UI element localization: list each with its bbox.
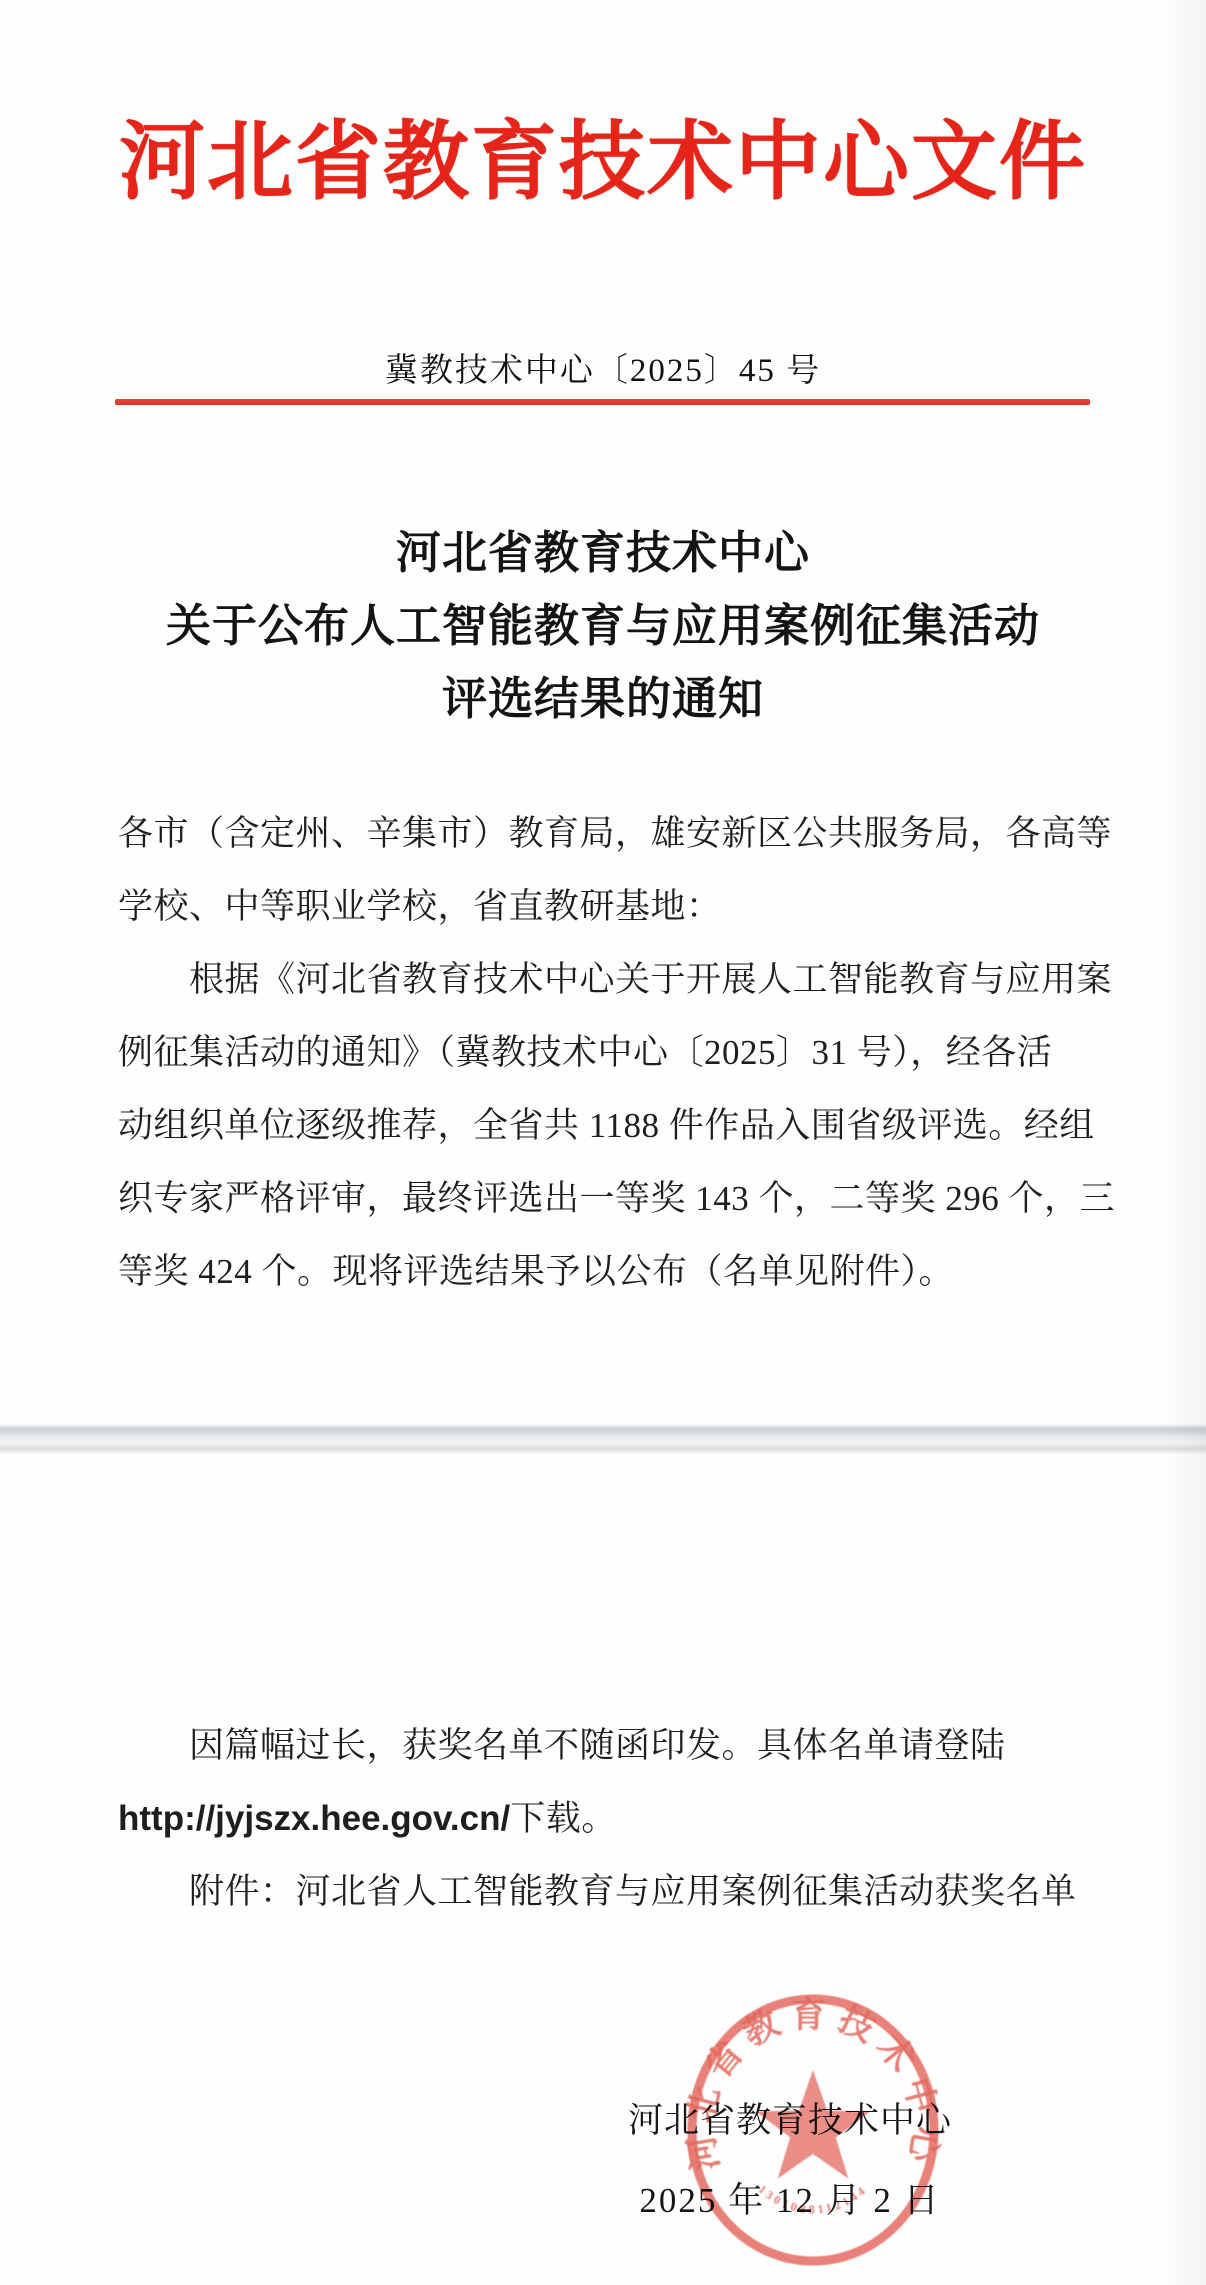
official-seal: 河北省教育技术中心 1301088112144 bbox=[683, 1992, 943, 2268]
body-line: 动组织单位逐级推荐，全省共 1188 件作品入围省级评选。经组 bbox=[118, 1089, 1093, 1162]
notice-body: 各市（含定州、辛集市）教育局，雄安新区公共服务局，各高等 学校、中等职业学校，省… bbox=[118, 797, 1093, 1308]
note-line: 因篇幅过长，获奖名单不随函印发。具体名单请登陆 bbox=[118, 1709, 1093, 1782]
notice-body-continued: 因篇幅过长，获奖名单不随函印发。具体名单请登陆 http://jyjszx.he… bbox=[118, 1709, 1093, 1928]
document-number: 冀教技术中心〔2025〕45 号 bbox=[0, 348, 1206, 394]
notice-title: 河北省教育技术中心 关于公布人工智能教育与应用案例征集活动 评选结果的通知 bbox=[0, 517, 1206, 736]
letterhead-title: 河北省教育技术中心文件 bbox=[0, 112, 1206, 212]
download-url-suffix: 下载。 bbox=[510, 1799, 617, 1838]
body-line: 织专家严格评审，最终评选出一等奖 143 个，二等奖 296 个，三 bbox=[118, 1162, 1093, 1235]
salutation-line: 各市（含定州、辛集市）教育局，雄安新区公共服务局，各高等 bbox=[118, 797, 1093, 870]
document-page: 河北省教育技术中心文件 冀教技术中心〔2025〕45 号 河北省教育技术中心 关… bbox=[0, 0, 1206, 2285]
red-divider-line bbox=[115, 399, 1090, 405]
seal-code: 1301088112144 bbox=[756, 2182, 871, 2216]
body-line: 等奖 424 个。现将评选结果予以公布（名单见附件）。 bbox=[118, 1235, 1093, 1308]
salutation-line: 学校、中等职业学校，省直教研基地： bbox=[118, 870, 1093, 943]
attachment-line: 附件：河北省人工智能教育与应用案例征集活动获奖名单 bbox=[118, 1855, 1093, 1928]
notice-title-line-1: 河北省教育技术中心 bbox=[0, 517, 1206, 590]
body-line: 根据《河北省教育技术中心关于开展人工智能教育与应用案 bbox=[118, 943, 1093, 1016]
body-line: 例征集活动的通知》（冀教技术中心〔2025〕31 号），经各活 bbox=[118, 1016, 1093, 1089]
notice-title-line-3: 评选结果的通知 bbox=[0, 663, 1206, 736]
page-fold-shadow bbox=[0, 1424, 1206, 1454]
notice-title-line-2: 关于公布人工智能教育与应用案例征集活动 bbox=[0, 590, 1206, 663]
note-line: http://jyjszx.hee.gov.cn/下载。 bbox=[118, 1782, 1093, 1855]
seal-star-icon bbox=[756, 2070, 870, 2179]
download-url: http://jyjszx.hee.gov.cn/ bbox=[118, 1799, 510, 1838]
